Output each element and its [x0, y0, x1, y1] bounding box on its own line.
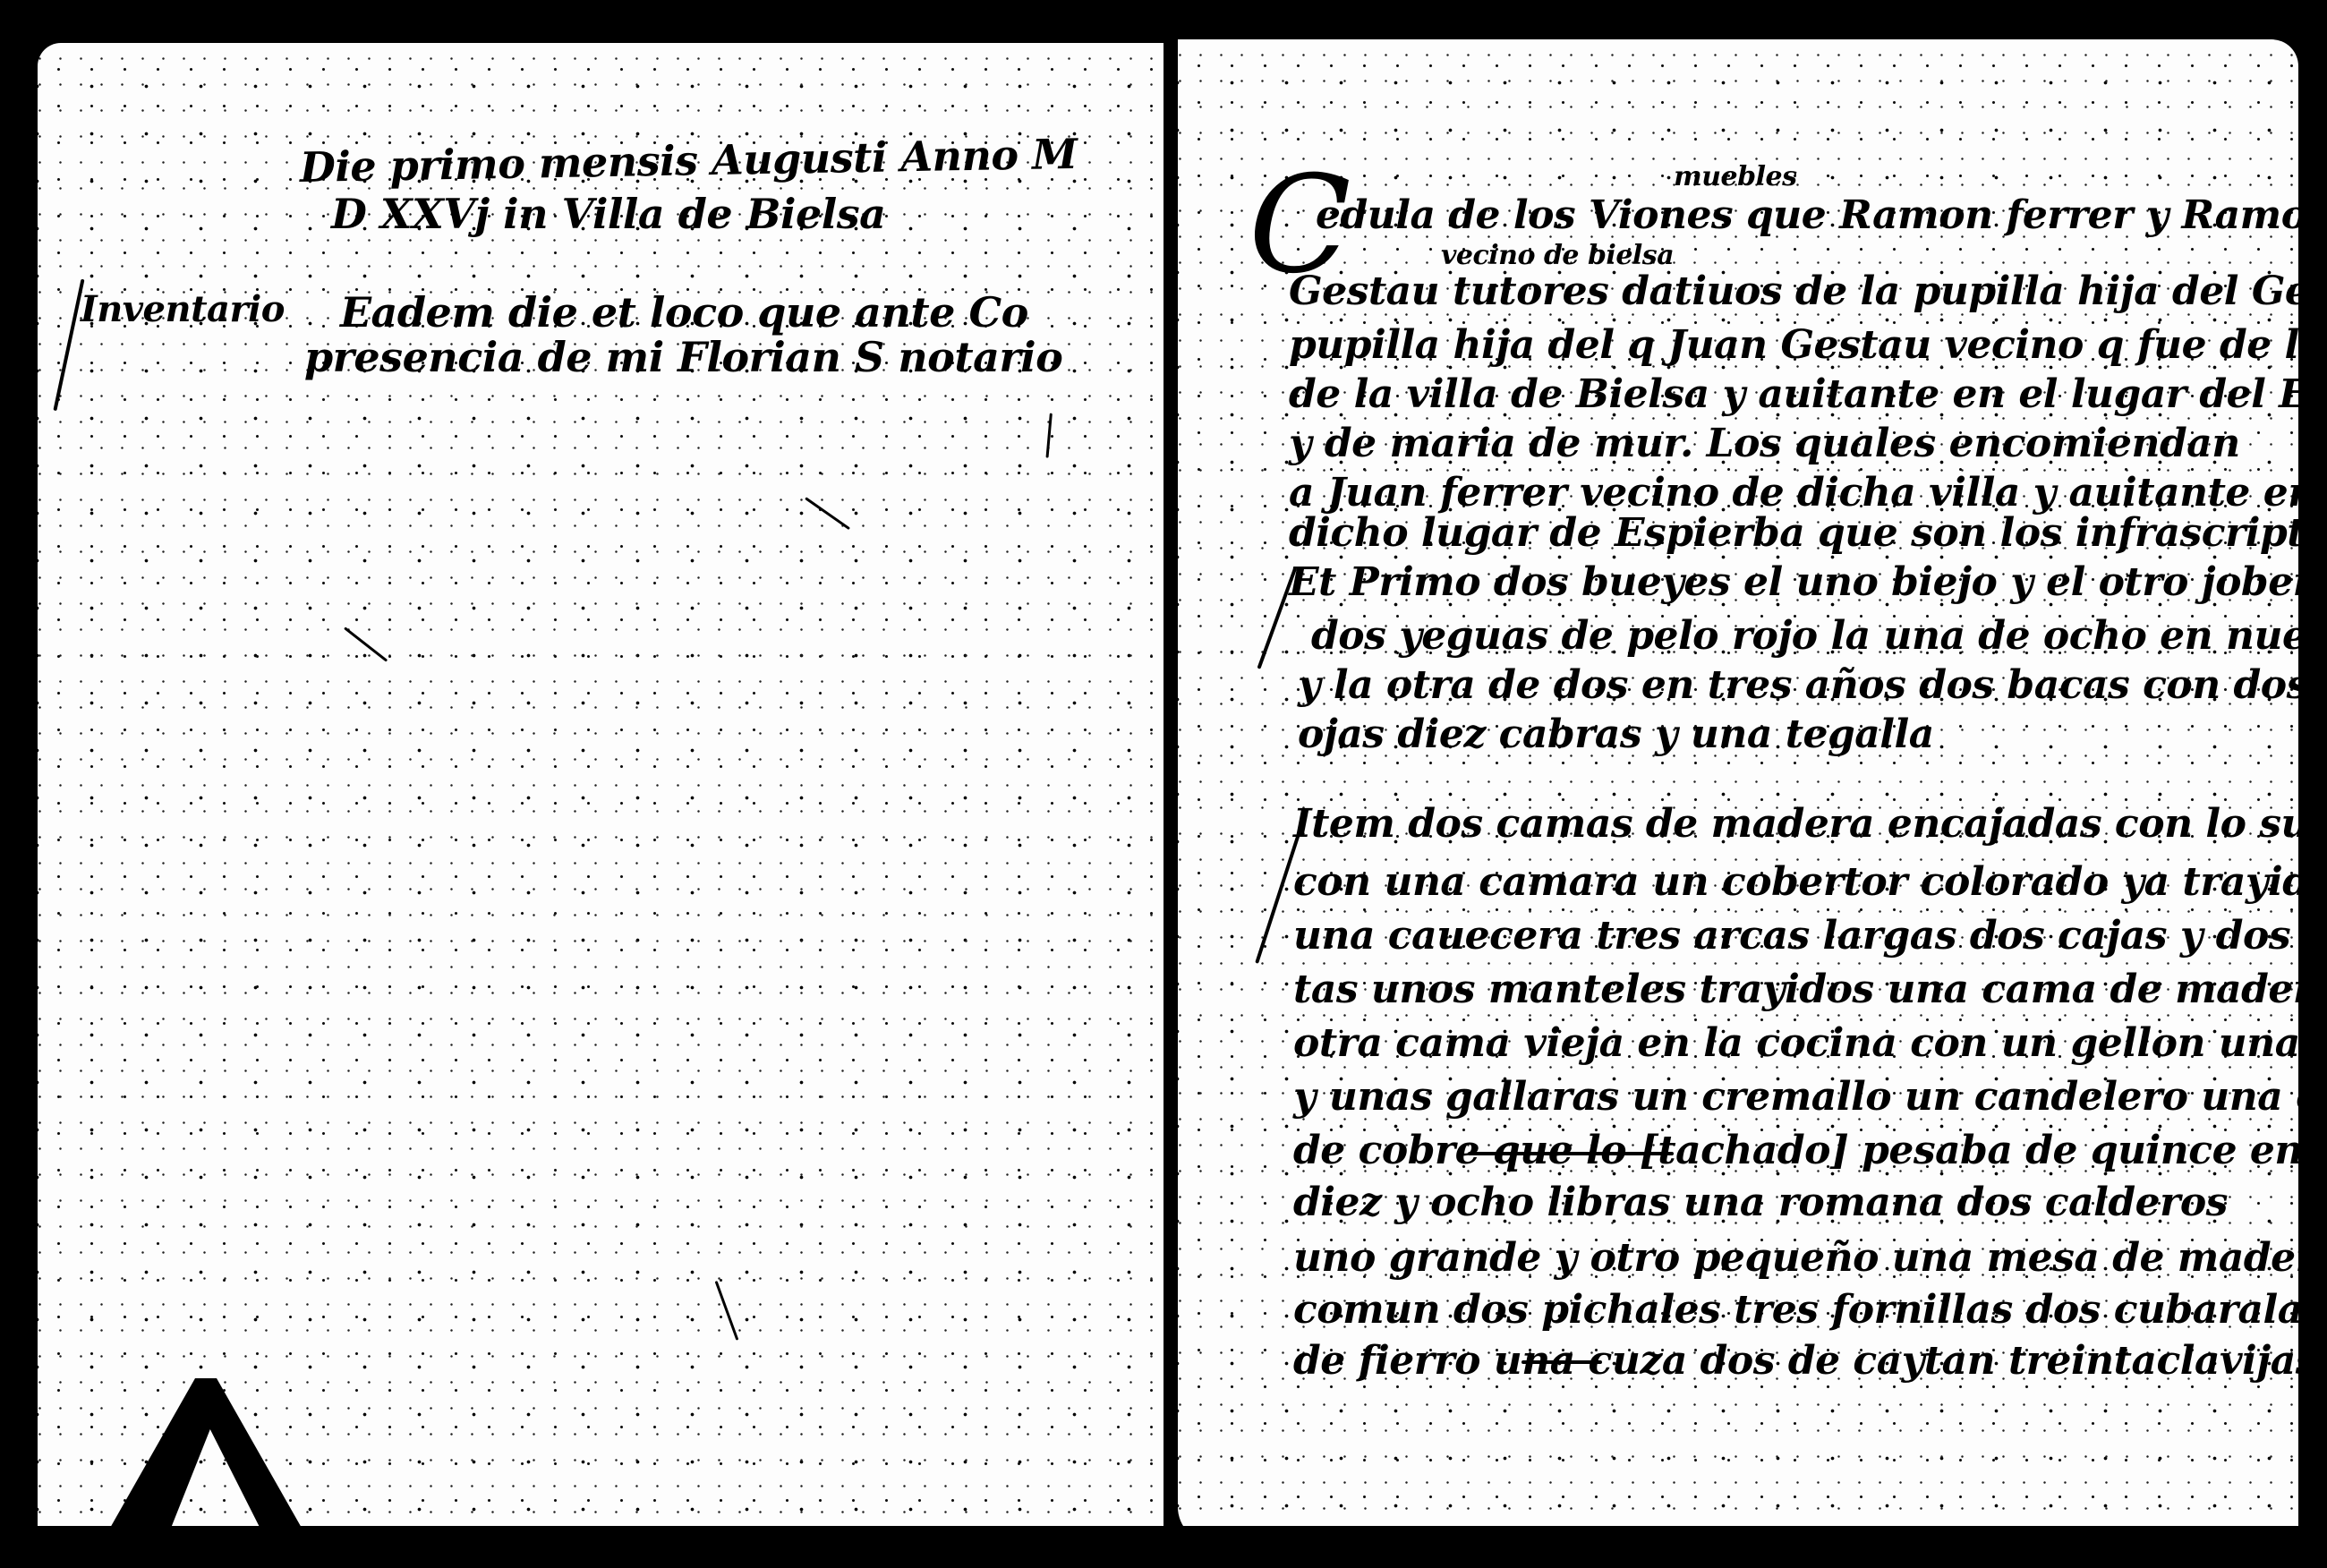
interlinear-muebles: muebles	[1674, 161, 1797, 192]
manuscript-line: de la villa de Bielsa y auitante en el l…	[1289, 371, 2327, 417]
manuscript-line: y unas gallaras un cremallo un candelero…	[1293, 1074, 2327, 1120]
left-body-line-2: presencia de mi Florian S notario	[304, 333, 1062, 381]
manuscript-line: tas unos manteles trayidos una cama de m…	[1293, 967, 2327, 1012]
manuscript-line: y de maria de mur. Los quales encomienda…	[1289, 421, 2240, 466]
manuscript-line: con una camara un cobertor colorado ya t…	[1293, 859, 2327, 905]
manuscript-line: dos yeguas de pelo rojo la una de ocho e…	[1311, 613, 2327, 659]
strikethrough-mark	[1521, 1360, 1602, 1364]
manuscript-line: pupilla hija del q Juan Gestau vecino q …	[1289, 322, 2324, 368]
interlinear-vecino: vecino de bielsa	[1441, 240, 1674, 271]
manuscript-line: dicho lugar de Espierba que son los infr…	[1289, 510, 2327, 556]
left-body-line-1: Eadem die et loco que ante Co	[340, 288, 1028, 337]
manuscript-line: Gestau tutores datiuos de la pupilla hij…	[1289, 268, 2327, 314]
manuscript-line: diez y ocho libras una romana dos calder…	[1293, 1180, 2228, 1225]
book-gutter	[1163, 36, 1174, 1548]
manuscript-line: de fierro una cuza dos de caytan treinta…	[1293, 1338, 2317, 1384]
manuscript-line: uno grande y otro pequeño una mesa de ma…	[1293, 1235, 2327, 1281]
manuscript-line: Et Primo dos bueyes el uno biejo y el ot…	[1289, 559, 2321, 605]
manuscript-line: comun dos pichales tres fornillas dos cu…	[1293, 1287, 2324, 1333]
left-heading-line-2: D XXVj in Villa de Bielsa	[331, 190, 885, 238]
scan-border-bottom	[0, 1526, 2327, 1568]
manuscript-line: una cauecera tres arcas largas dos cajas…	[1293, 913, 2327, 959]
left-margin-label: Inventario	[81, 288, 285, 330]
manuscript-line: otra cama vieja en la cocina con un gell…	[1293, 1020, 2327, 1066]
manuscript-line: ojas diez cabras y una tegalla	[1298, 712, 1934, 757]
strikethrough-mark	[1468, 1152, 1674, 1155]
manuscript-line: de cobre que lo [tachado] pesaba de quin…	[1293, 1128, 2327, 1173]
manuscript-line: y la otra de dos en tres años dos bacas …	[1298, 662, 2327, 708]
manuscript-line: a Juan ferrer vecino de dicha villa y au…	[1289, 470, 2327, 516]
manuscript-line: Item dos camas de madera encajadas con l…	[1293, 801, 2327, 847]
left-page	[38, 43, 1163, 1529]
manuscript-line: edula de los Viones que Ramon ferrer y R…	[1316, 192, 2327, 238]
